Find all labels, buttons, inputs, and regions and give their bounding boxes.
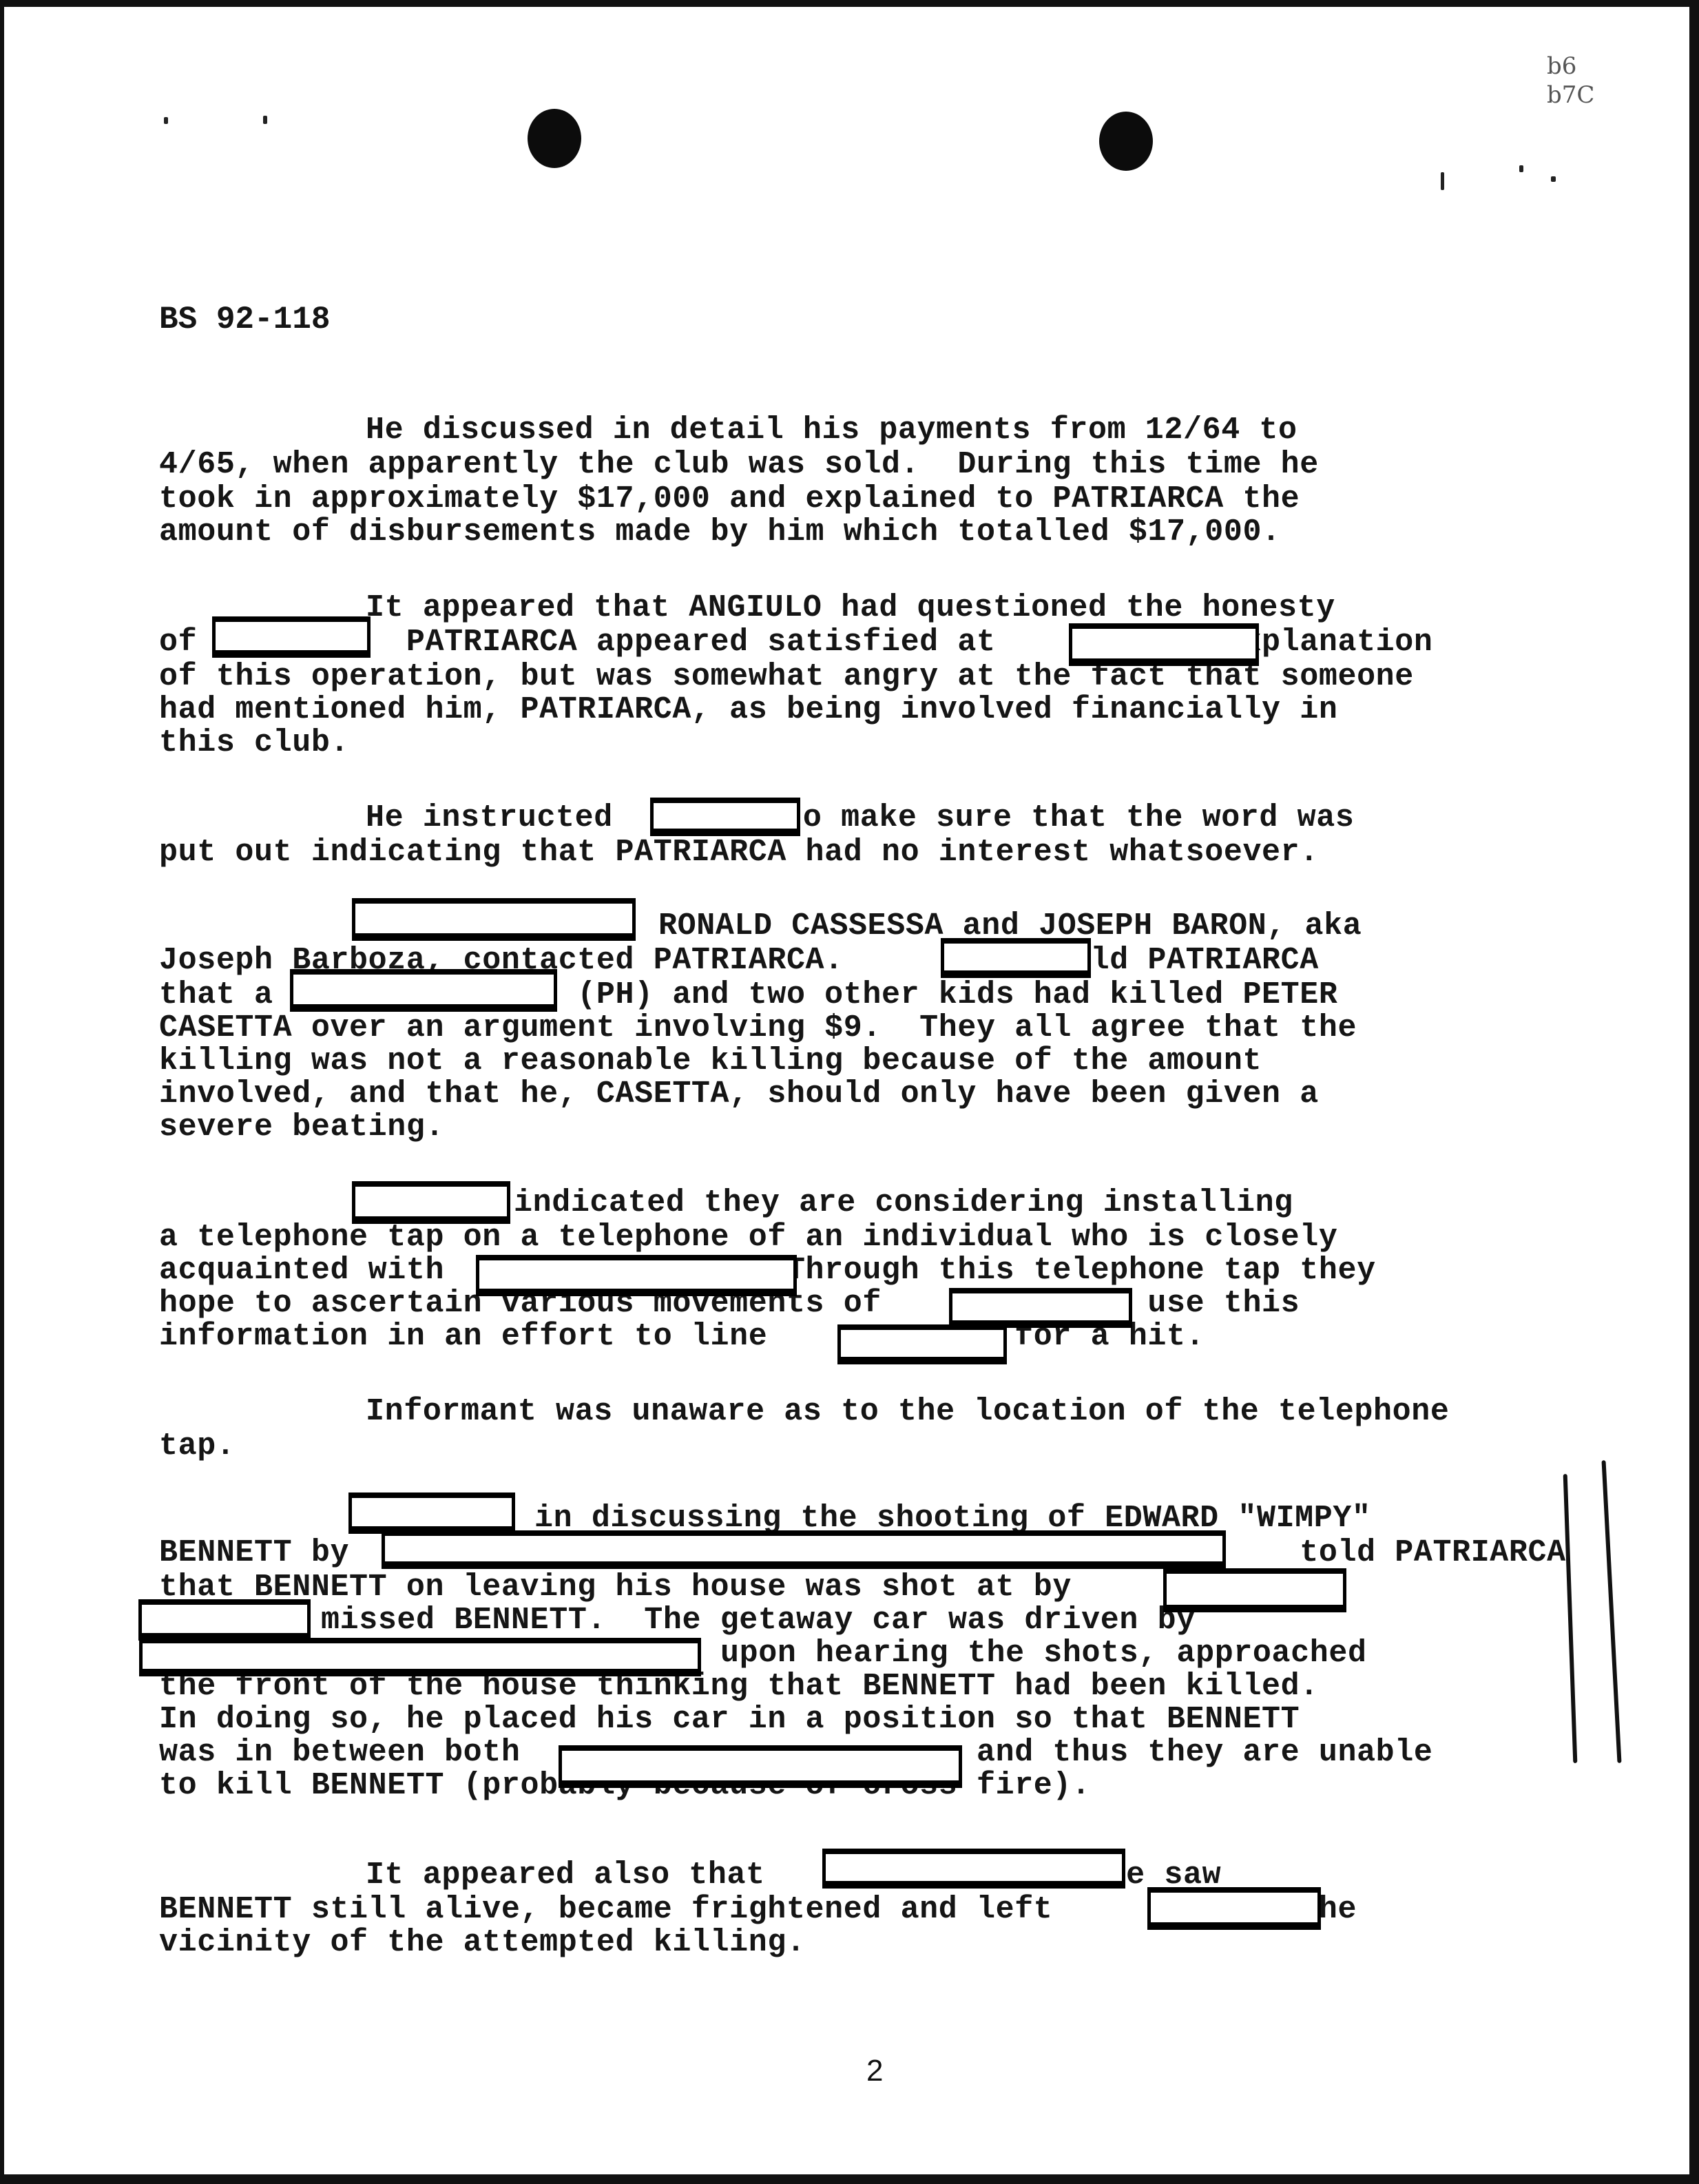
scan-speck [1551, 176, 1556, 182]
para-angiulo-line-5: this club. [159, 726, 349, 760]
para-angiulo-line-1: It appeared that ANGIULO had questioned … [366, 591, 1335, 625]
para-payments-line-2: 4/65, when apparently the club was sold.… [159, 448, 1319, 482]
scan-speck [1441, 172, 1444, 190]
redaction-box [949, 1288, 1132, 1328]
scan-speck [263, 116, 267, 124]
para-instructed-line-1: He instructed to make sure that the word… [366, 801, 1354, 835]
para-telephone-line-1: indicated they are considering installin… [514, 1186, 1293, 1220]
para-angiulo-line-4: had mentioned him, PATRIARCA, as being i… [159, 693, 1337, 727]
para-bennett-line-5: upon hearing the shots, approached [720, 1636, 1367, 1671]
para-informant-line-1: Informant was unaware as to the location… [366, 1395, 1449, 1429]
scan-speck [1519, 165, 1523, 172]
para-cassessa-line-4: CASETTA over an argument involving $9. T… [159, 1011, 1357, 1046]
redaction-box [941, 938, 1091, 978]
para-instructed-line-2: put out indicating that PATRIARCA had no… [159, 835, 1319, 870]
punch-hole-left [528, 109, 581, 168]
margin-line-mark [1601, 1460, 1621, 1763]
redaction-box [352, 1181, 510, 1224]
redaction-box [822, 1849, 1125, 1889]
redaction-box [559, 1745, 962, 1788]
para-cassessa-line-5: killing was not a reasonable killing bec… [159, 1044, 1262, 1079]
redaction-box [348, 1493, 515, 1534]
redaction-box [212, 616, 371, 658]
redaction-box [476, 1255, 797, 1296]
page-number: 2 [866, 2054, 883, 2088]
para-bennett-line-4: missed BENNETT. The getaway car was driv… [321, 1603, 1196, 1638]
para-bennett-line-7: In doing so, he placed his car in a posi… [159, 1703, 1300, 1737]
para-frightened-line-3: vicinity of the attempted killing. [159, 1926, 806, 1960]
redaction-box [1163, 1568, 1346, 1612]
redaction-box [139, 1638, 701, 1676]
redaction-box [650, 798, 800, 836]
document-page: b6 b7C BS 92-118 He discussed in detail … [0, 0, 1699, 2184]
redaction-box [352, 898, 636, 941]
redaction-box [290, 969, 557, 1012]
redaction-box [1147, 1887, 1321, 1930]
para-telephone-line-2: a telephone tap on a telephone of an ind… [159, 1220, 1337, 1255]
para-informant-line-2: tap. [159, 1429, 235, 1464]
scan-speck [164, 117, 168, 124]
exemption-code-b7c: b7C [1547, 81, 1594, 109]
para-payments-line-3: took in approximately $17,000 and explai… [159, 482, 1300, 517]
margin-line-mark [1563, 1474, 1578, 1763]
para-payments-line-4: amount of disbursements made by him whic… [159, 515, 1281, 550]
para-payments-line-1: He discussed in detail his payments from… [366, 413, 1297, 448]
file-number: BS 92-118 [159, 302, 330, 337]
redaction-box [382, 1530, 1226, 1569]
exemption-code-b6: b6 [1547, 52, 1576, 80]
redaction-box [1069, 623, 1259, 666]
redaction-box [138, 1599, 311, 1641]
para-cassessa-line-6: involved, and that he, CASETTA, should o… [159, 1077, 1319, 1112]
para-cassessa-line-7: severe beating. [159, 1110, 444, 1145]
punch-hole-right [1099, 112, 1153, 171]
redaction-box [837, 1324, 1007, 1364]
